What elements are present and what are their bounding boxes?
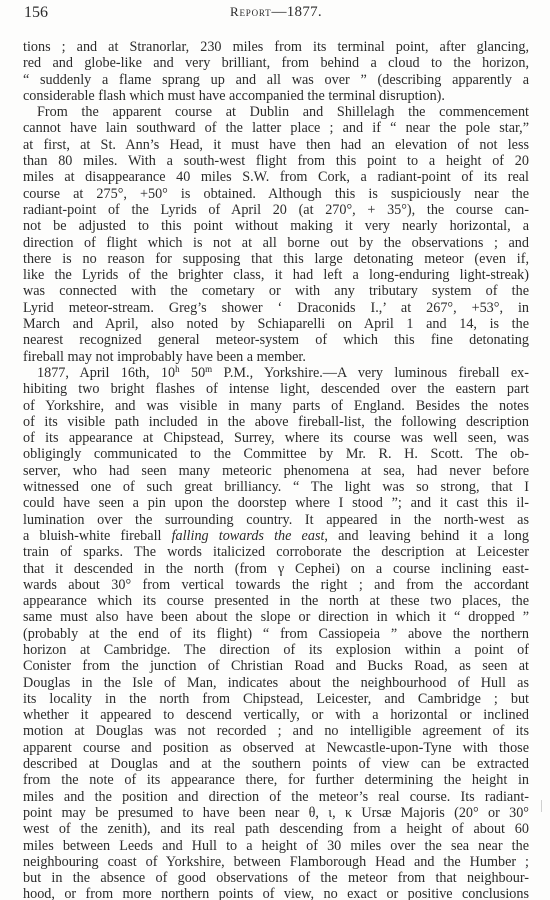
text-line: witnessed one of such great brilliancy. … bbox=[23, 479, 529, 495]
text-line: server, who had seen many meteoric pheno… bbox=[23, 463, 529, 479]
running-title: Report—1877. bbox=[24, 4, 528, 21]
text-line: “ suddenly a flame sprang up and all was… bbox=[23, 72, 529, 88]
text-line: like the Lyrids of the brighter class, i… bbox=[23, 267, 529, 283]
text-line: apparent course and position as observed… bbox=[23, 740, 529, 756]
text-line: miles between Leeds and Hull to a height… bbox=[23, 838, 529, 854]
text-line: that it descended in the north (from γ C… bbox=[23, 561, 529, 577]
text-line: of its appearance at Chipstead, Surrey, … bbox=[23, 430, 529, 446]
page-header: 156 Report—1877. bbox=[24, 4, 528, 24]
text-line: hibiting two bright flashes of intense l… bbox=[23, 381, 529, 397]
text-line: tions ; and at Stranorlar, 230 miles fro… bbox=[23, 39, 529, 55]
text-line: horizon at Cambridge. The direction of i… bbox=[23, 642, 529, 658]
italic-text: falling towards the east bbox=[172, 528, 325, 544]
text-line: radiant-point of the Lyrids of April 20 … bbox=[23, 202, 529, 218]
text-line: but in the absence of good observations … bbox=[23, 870, 529, 886]
text-line: there is no reason for supposing that th… bbox=[23, 251, 529, 267]
text-line: miles at disappearance 40 miles S.W. fro… bbox=[23, 169, 529, 185]
text-line: Douglas in the Isle of Man, indicates ab… bbox=[23, 675, 529, 691]
text-line: its locality in the north from Chipstead… bbox=[23, 691, 529, 707]
text-line: than 80 miles. With a south-west flight … bbox=[23, 153, 529, 169]
text-line: miles and the position and direction of … bbox=[23, 789, 529, 805]
text-line: of Yorkshire, and was visible in many pa… bbox=[23, 398, 529, 414]
text-line: at first, at St. Ann’s Head, it must hav… bbox=[23, 137, 529, 153]
running-title-prefix: Report bbox=[230, 4, 271, 19]
text-line: lumination over the surrounding country.… bbox=[23, 512, 529, 528]
running-title-suffix: —1877. bbox=[271, 4, 322, 20]
text-line: described at Douglas and at the southern… bbox=[23, 756, 529, 772]
document-page: 156 Report—1877. tions ; and at Stranorl… bbox=[0, 0, 550, 900]
text-line: nearest recognized general meteor-system… bbox=[23, 332, 529, 348]
text-segment: 50 bbox=[180, 365, 206, 381]
text-line: hood, or from more northern points of vi… bbox=[23, 886, 529, 900]
text-line: direction of flight which is not at all … bbox=[23, 235, 529, 251]
text-segment: a bluish-white fireball bbox=[23, 528, 172, 544]
text-line: point may be presumed to have been near … bbox=[23, 805, 529, 821]
text-line: of its visible path included in the abov… bbox=[23, 414, 529, 430]
text-line: a bluish-white fireball falling towards … bbox=[23, 528, 529, 544]
text-segment: P.M., Yorkshire.—A very luminous firebal… bbox=[212, 365, 529, 381]
text-line: from the note of its appearance there, f… bbox=[23, 772, 529, 788]
text-line: course at 275°, +50° is obtained. Althou… bbox=[23, 186, 529, 202]
text-line: wards about 30° from vertical towards th… bbox=[23, 577, 529, 593]
text-segment: , and leaving behind it a long bbox=[324, 528, 529, 544]
text-line: could have seen a pin upon the doorstep … bbox=[23, 495, 529, 511]
text-line: From the apparent course at Dublin and S… bbox=[23, 104, 529, 120]
text-line: (probably at the end of its flight) “ fr… bbox=[23, 626, 529, 642]
text-line: March and April, also noted by Schiapare… bbox=[23, 316, 529, 332]
text-line: Conister from the junction of Christian … bbox=[23, 658, 529, 674]
text-line: neighbouring coast of Yorkshire, between… bbox=[23, 854, 529, 870]
scan-artifact bbox=[541, 800, 542, 812]
text-segment: 1877, April 16th, 10 bbox=[37, 365, 175, 381]
text-line: fireball may not improbably have been a … bbox=[23, 349, 529, 365]
text-line: same must also have been about the slope… bbox=[23, 609, 529, 625]
text-line: cannot have lain southward of the latter… bbox=[23, 120, 529, 136]
text-line: considerable flash which must have accom… bbox=[23, 88, 529, 104]
text-line: whether it appeared to descend verticall… bbox=[23, 707, 529, 723]
text-line: motion at Douglas was not recorded ; and… bbox=[23, 723, 529, 739]
text-line: red and globe-like and very brilliant, f… bbox=[23, 55, 529, 71]
text-line: obligingly communicated to the Committee… bbox=[23, 446, 529, 462]
text-line: appearance which its course presented in… bbox=[23, 593, 529, 609]
text-line: was connected with the cometary or with … bbox=[23, 283, 529, 299]
text-line: 1877, April 16th, 10h 50m P.M., Yorkshir… bbox=[23, 365, 529, 381]
text-line: not be adjusted to this point without ma… bbox=[23, 218, 529, 234]
body-text: tions ; and at Stranorlar, 230 miles fro… bbox=[23, 39, 529, 900]
text-line: west of the zenith), and its real path d… bbox=[23, 821, 529, 837]
text-line: Lyrid meteor-stream. Greg’s shower ‘ Dra… bbox=[23, 300, 529, 316]
text-line: train of sparks. The words italicized co… bbox=[23, 544, 529, 560]
